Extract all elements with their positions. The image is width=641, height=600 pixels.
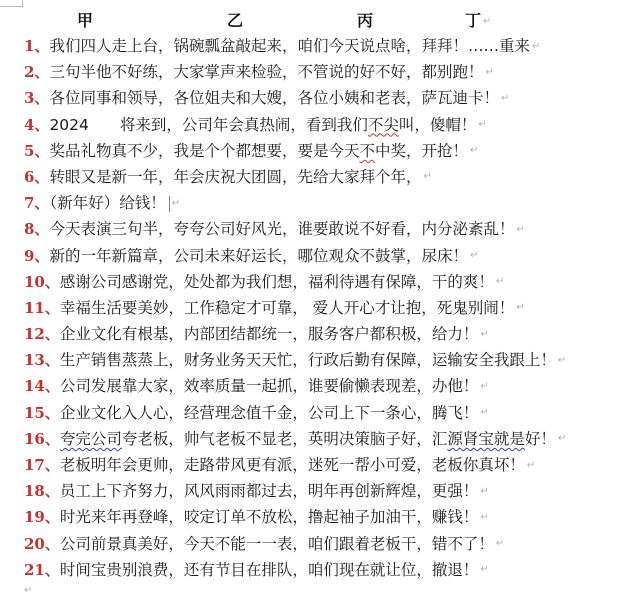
line-number: 7、 <box>24 194 49 212</box>
paragraph-mark-icon: ↵ <box>480 407 488 418</box>
line-text: 今天表演三句半，夸夸公司好风光，谁要敢说不好看，内分泌紊乱！ <box>49 220 514 238</box>
paragraph-mark-icon: ↵ <box>480 564 488 575</box>
line-number: 21、 <box>24 561 60 579</box>
script-line-2[interactable]: 2、三句半他不好练，大家掌声来检验，不管说的好不好，都别跑！↵ <box>24 59 641 85</box>
line-text: 员工上下齐努力，风风雨雨都过去，明年再创新辉煌，更强！ <box>60 482 479 500</box>
paragraph-mark-icon: ↵ <box>516 224 524 235</box>
role-header-ding: 丁↵ <box>465 8 491 31</box>
line-text: 转眼又是新一年，年会庆祝大团圆，先给大家拜个年， <box>49 168 421 186</box>
script-line-7[interactable]: 7、（新年好）给钱！↵ <box>24 190 641 216</box>
paragraph-mark-icon: ↵ <box>470 250 478 261</box>
line-text: 幸福生活要美妙，工作稳定才可靠， 爱人开心才让抱，死鬼别闹！ <box>60 299 514 317</box>
line-text: 叫，傻帽！ <box>399 116 477 134</box>
line-number: 10、 <box>24 273 60 291</box>
script-line-12[interactable]: 12、企业文化有根基，内部团结都统一，服务客户都积极，给力！↵ <box>24 321 641 347</box>
paragraph-mark-icon: ↵ <box>496 276 504 287</box>
line-number: 15、 <box>24 404 60 422</box>
line-number: 8、 <box>24 220 49 238</box>
line-text: 三句半他不好练，大家掌声来检验，不管说的好不好，都别跑！ <box>49 63 483 81</box>
script-line-1[interactable]: 1、我们四人走上台，锅碗瓢盆敲起来，咱们今天说点啥，拜拜！……重来↵ <box>24 33 641 59</box>
line-text: 公司发展靠大家，效率质量一起抓，谁要偷懒表现差，办他！ <box>60 377 479 395</box>
line-number: 9、 <box>24 247 49 265</box>
line-number: 4、 <box>24 116 49 134</box>
line-text: 企业文化入人心，经营理念值千金，公司上下一条心，腾飞！ <box>60 404 479 422</box>
role-header-bing: 丙 <box>357 8 373 31</box>
paragraph-mark-icon: ↵ <box>172 198 180 209</box>
paragraph-mark-icon: ↵ <box>24 585 32 596</box>
paragraph-mark-icon: ↵ <box>516 302 524 313</box>
script-line-18[interactable]: 18、员工上下齐努力，风风雨雨都过去，明年再创新辉煌，更强！↵ <box>24 478 641 504</box>
line-text: 新的一年新篇章，公司未来好运长，哪位观众不鼓掌，尿床！ <box>49 247 468 265</box>
paragraph-mark-icon: ↵ <box>478 119 486 130</box>
line-number: 19、 <box>24 508 60 526</box>
paragraph-mark-icon: ↵ <box>480 512 488 523</box>
paragraph-mark-icon: ↵ <box>558 355 566 366</box>
line-number: 18、 <box>24 482 60 500</box>
line-text: 夸老板，帅气老板不显老，英明决策脑子好，汇 <box>122 430 448 448</box>
role-header-yi: 乙 <box>227 8 243 31</box>
line-number: 13、 <box>24 351 60 369</box>
line-text: 企业文化有根基，内部团结都统一，服务客户都积极，给力！ <box>60 325 479 343</box>
script-line-8[interactable]: 8、今天表演三句半，夸夸公司好风光，谁要敢说不好看，内分泌紊乱！↵ <box>24 216 641 242</box>
script-line-5[interactable]: 5、奖品礼物真不少，我是个个都想要，要是今天不中奖，开抢！↵ <box>24 138 641 164</box>
paragraph-mark-icon: ↵ <box>480 329 488 340</box>
paragraph-mark-icon: ↵ <box>480 486 488 497</box>
script-line-16[interactable]: 16、夸完公司夸老板，帅气老板不显老，英明决策脑子好，汇源肾宝就是好！↵ <box>24 426 641 452</box>
script-line-14[interactable]: 14、公司发展靠大家，效率质量一起抓，谁要偷懒表现差，办他！↵ <box>24 373 641 399</box>
paragraph-mark-icon: ↵ <box>423 171 431 182</box>
line-text: 生产销售蒸蒸上，财务业务天天忙，行政后勤有保障，运输安全我跟上！ <box>60 351 556 369</box>
line-text: 2024 将来到，公司年会真热闹，看到我们 <box>49 116 367 134</box>
script-line-20[interactable]: 20、公司前景真美好，今天不能一一表，咱们跟着老板干，错不了！↵ <box>24 531 641 557</box>
paragraph-mark-icon: ↵ <box>470 145 478 156</box>
paragraph-mark-icon: ↵ <box>496 538 504 549</box>
paragraph-mark-icon: ↵ <box>480 381 488 392</box>
paragraph-mark-icon: ↵ <box>558 433 566 444</box>
line-number: 14、 <box>24 377 60 395</box>
script-line-15[interactable]: 15、企业文化入人心，经营理念值千金，公司上下一条心，腾飞！↵ <box>24 400 641 426</box>
script-line-9[interactable]: 9、新的一年新篇章，公司未来好运长，哪位观众不鼓掌，尿床！↵ <box>24 243 641 269</box>
script-line-3[interactable]: 3、各位同事和领导，各位姐夫和大嫂，各位小姨和老表，萨瓦迪卡！↵ <box>24 85 641 111</box>
script-line-6[interactable]: 6、转眼又是新一年，年会庆祝大团圆，先给大家拜个年，↵ <box>24 164 641 190</box>
line-number: 2、 <box>24 63 49 81</box>
script-line-19[interactable]: 19、时光来年再登峰，咬定订单不放松，撸起袖子加油干，赚钱！↵ <box>24 504 641 530</box>
script-line-17[interactable]: 17、老板明年会更帅，走路带风更有派，迷死一帮小可爱，老板你真坏！↵ <box>24 452 641 478</box>
paragraph-mark-icon: ↵ <box>501 93 509 104</box>
grammar-flag[interactable]: 夸完公司 <box>60 430 122 448</box>
script-line-10[interactable]: 10、感谢公司感谢党，处处都为我们想，福利待遇有保障，干的爽！↵ <box>24 269 641 295</box>
spellcheck-flag[interactable]: 不尖 <box>368 116 399 134</box>
line-number: 6、 <box>24 168 49 186</box>
line-number: 5、 <box>24 142 49 160</box>
script-line-11[interactable]: 11、幸福生活要美妙，工作稳定才可靠， 爱人开心才让抱，死鬼别闹！↵ <box>24 295 641 321</box>
script-lines[interactable]: 1、我们四人走上台，锅碗瓢盆敲起来，咱们今天说点啥，拜拜！……重来↵ 2、三句半… <box>24 33 641 583</box>
spellcheck-flag[interactable]: 不 <box>359 142 375 160</box>
line-text: 各位同事和领导，各位姐夫和大嫂，各位小姨和老表，萨瓦迪卡！ <box>49 89 499 107</box>
line-text: 感谢公司感谢党，处处都为我们想，福利待遇有保障，干的爽！ <box>60 273 494 291</box>
line-number: 1、 <box>24 37 49 55</box>
line-text: 中奖，开抢！ <box>375 142 468 160</box>
role-header-jia: 甲 <box>77 8 93 31</box>
script-line-4[interactable]: 4、2024 将来到，公司年会真热闹，看到我们不尖叫，傻帽！↵ <box>24 112 641 138</box>
line-text: 时光来年再登峰，咬定订单不放松，撸起袖子加油干，赚钱！ <box>60 508 479 526</box>
grammar-flag[interactable]: 源肾宝就是 <box>447 430 525 448</box>
line-number: 16、 <box>24 430 60 448</box>
paragraph-mark-icon: ↵ <box>485 67 493 78</box>
line-text: 奖品礼物真不少，我是个个都想要，要是今天 <box>49 142 359 160</box>
line-number: 3、 <box>24 89 49 107</box>
line-text: 公司前景真美好，今天不能一一表，咱们跟着老板干，错不了！ <box>60 535 494 553</box>
paragraph-mark-icon: ↵ <box>527 460 535 471</box>
role-header-row: 甲 乙 丙 丁↵ <box>0 8 641 30</box>
line-number: 20、 <box>24 535 60 553</box>
line-number: 12、 <box>24 325 60 343</box>
script-line-21[interactable]: 21、时间宝贵别浪费，还有节目在排队，咱们现在就让位，撤退！↵ <box>24 557 641 583</box>
line-text: 我们四人走上台，锅碗瓢盆敲起来，咱们今天说点啥，拜拜！……重来 <box>49 37 530 55</box>
line-text: 时间宝贵别浪费，还有节目在排队，咱们现在就让位，撤退！ <box>60 561 479 579</box>
page-corner-mark <box>0 0 23 7</box>
script-line-13[interactable]: 13、生产销售蒸蒸上，财务业务天天忙，行政后勤有保障，运输安全我跟上！↵ <box>24 347 641 373</box>
line-number: 17、 <box>24 456 60 474</box>
text-cursor <box>169 196 170 212</box>
paragraph-mark-icon: ↵ <box>532 41 540 52</box>
paragraph-mark-icon: ↵ <box>483 16 491 27</box>
line-number: 11、 <box>24 299 60 317</box>
line-text: （新年好）给钱！ <box>49 194 165 212</box>
line-text: 好！ <box>525 430 556 448</box>
line-text: 老板明年会更帅，走路带风更有派，迷死一帮小可爱，老板你真坏！ <box>60 456 525 474</box>
